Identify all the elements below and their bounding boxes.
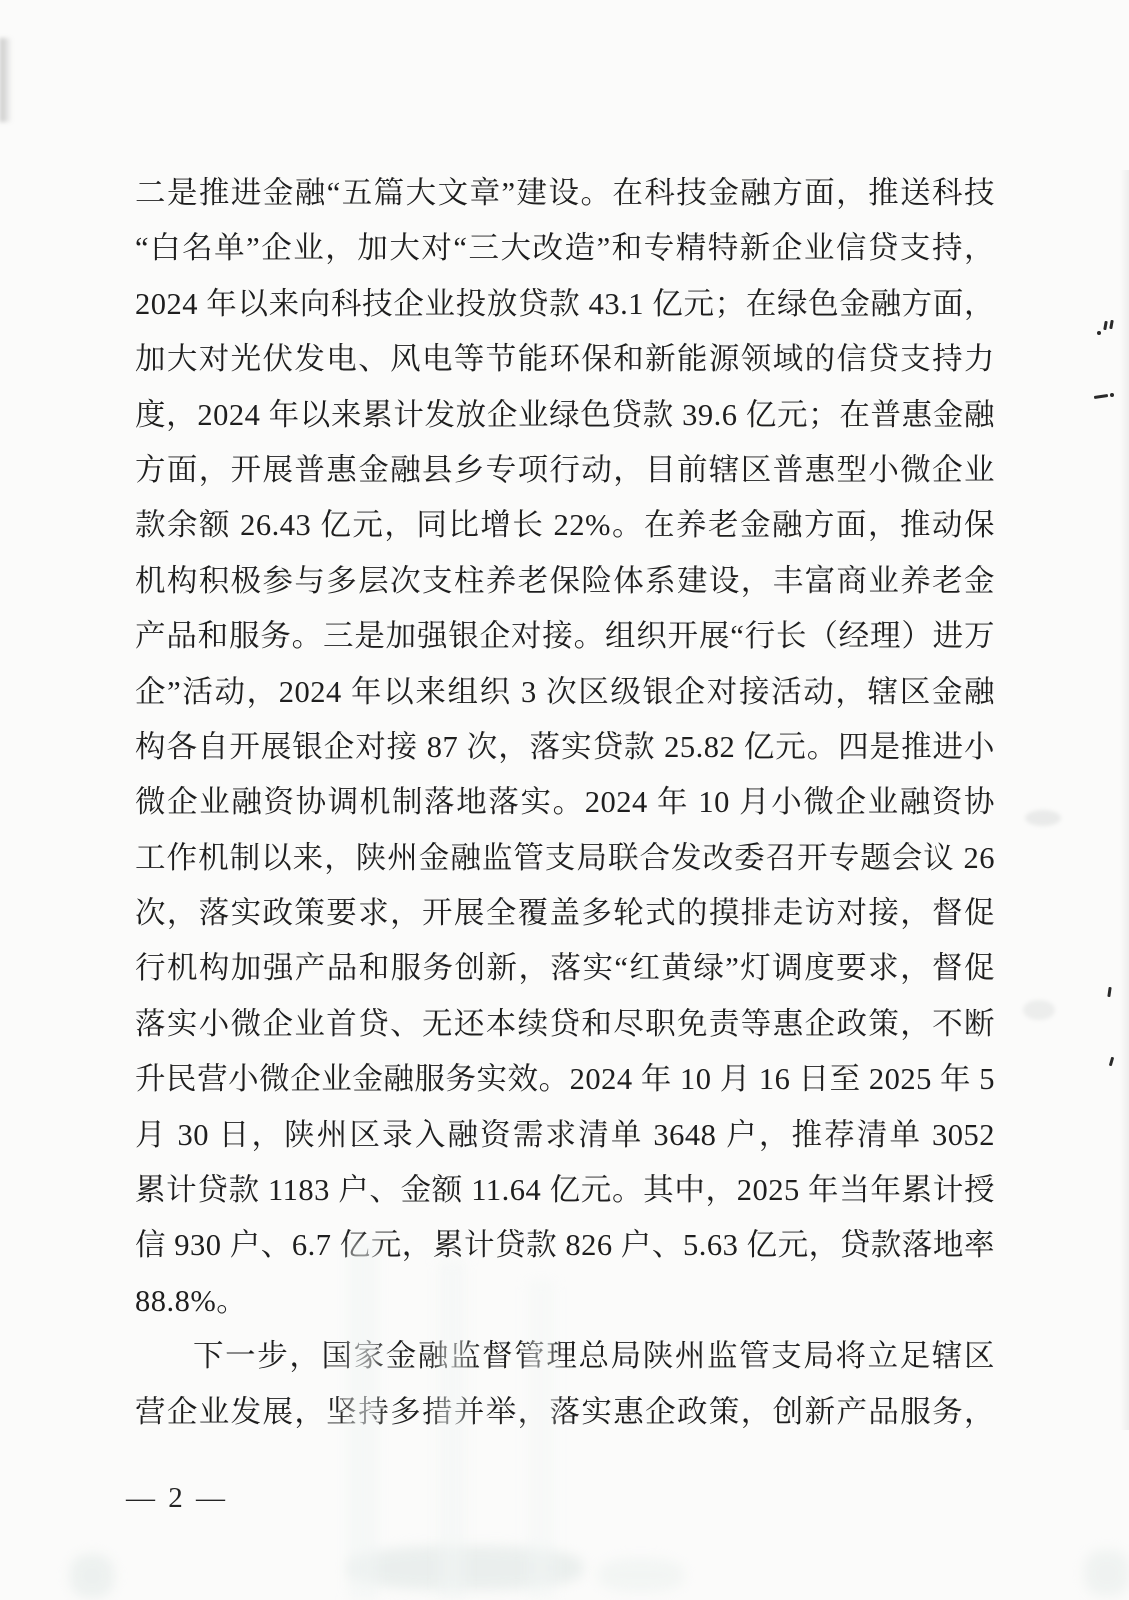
ink-bleedthrough <box>598 1558 684 1592</box>
text-line: 企”活动，2024 年以来组织 3 次区级银企对接活动，辖区金融机 <box>135 665 995 720</box>
text-line: 款余额 26.43 亿元，同比增长 22%。在养老金融方面，推动保险 <box>135 498 995 553</box>
text-line: 微企业融资协调机制落地落实。2024 年 10 月小微企业融资协调 <box>135 775 995 830</box>
scan-speck-icon <box>1097 331 1101 335</box>
scan-speck-icon <box>1109 320 1114 329</box>
scan-smudge <box>1025 810 1061 826</box>
text-line: 方面，开展普惠金融县乡专项行动，目前辖区普惠型小微企业贷 <box>135 443 995 498</box>
text-line: 二是推进金融“五篇大文章”建设。在科技金融方面，推送科技 <box>135 166 995 221</box>
scan-edge-shadow <box>1120 170 1129 1430</box>
text-line: 下一步，国家金融监督管理总局陕州监管支局将立足辖区民 <box>135 1329 995 1384</box>
ink-bleedthrough <box>70 1554 114 1598</box>
document-page: 二是推进金融“五篇大文章”建设。在科技金融方面，推送科技“白名单”企业，加大对“… <box>0 0 1129 1600</box>
text-line: 落实小微企业首贷、无还本续贷和尽职免责等惠企政策，不断提 <box>135 997 995 1052</box>
ink-bleedthrough <box>1084 1550 1129 1596</box>
text-line: 营企业发展，坚持多措并举，落实惠企政策，创新产品服务，开 <box>135 1385 995 1440</box>
scan-speck-icon <box>1109 1057 1114 1066</box>
scan-edge-shadow <box>0 38 12 122</box>
text-line: 2024 年以来向科技企业投放贷款 43.1 亿元；在绿色金融方面， <box>135 277 995 332</box>
ink-bleedthrough <box>348 1546 583 1590</box>
text-line: 行机构加强产品和服务创新，落实“红黄绿”灯调度要求，督促 <box>135 941 995 996</box>
text-line: 累计贷款 1183 户、金额 11.64 亿元。其中，2025 年当年累计授 <box>135 1163 995 1218</box>
text-line: 信 930 户、6.7 亿元，累计贷款 826 户、5.63 亿元，贷款落地率 <box>135 1218 995 1273</box>
text-line: 工作机制以来，陕州金融监管支局联合发改委召开专题会议 26 <box>135 831 995 886</box>
scan-speck-icon <box>1103 321 1108 330</box>
text-line: 月 30 日，陕州区录入融资需求清单 3648 户，推荐清单 3052 户， <box>135 1108 995 1163</box>
scan-speck-icon <box>1107 987 1111 997</box>
text-line: 机构积极参与多层次支柱养老保险体系建设，丰富商业养老金融 <box>135 554 995 609</box>
text-line: 度，2024 年以来累计发放企业绿色贷款 39.6 亿元；在普惠金融 <box>135 388 995 443</box>
text-block: 二是推进金融“五篇大文章”建设。在科技金融方面，推送科技“白名单”企业，加大对“… <box>135 166 995 1440</box>
text-line: 产品和服务。三是加强银企对接。组织开展“行长（经理）进万 <box>135 609 995 664</box>
text-line: 构各自开展银企对接 87 次，落实贷款 25.82 亿元。四是推进小 <box>135 720 995 775</box>
text-line: 加大对光伏发电、风电等节能环保和新能源领域的信贷支持力 <box>135 332 995 387</box>
page-number: — 2 — <box>126 1482 228 1515</box>
text-line: 升民营小微企业金融服务实效。2024 年 10 月 16 日至 2025 年 5 <box>135 1052 995 1107</box>
scan-speck-icon <box>1110 393 1114 397</box>
text-line: 88.8%。 <box>135 1274 995 1329</box>
scan-speck-icon <box>1094 394 1108 399</box>
text-line: “白名单”企业，加大对“三大改造”和专精特新企业信贷支持， <box>135 221 995 276</box>
scan-smudge <box>1023 1000 1055 1020</box>
text-line: 次，落实政策要求，开展全覆盖多轮式的摸排走访对接，督促银 <box>135 886 995 941</box>
